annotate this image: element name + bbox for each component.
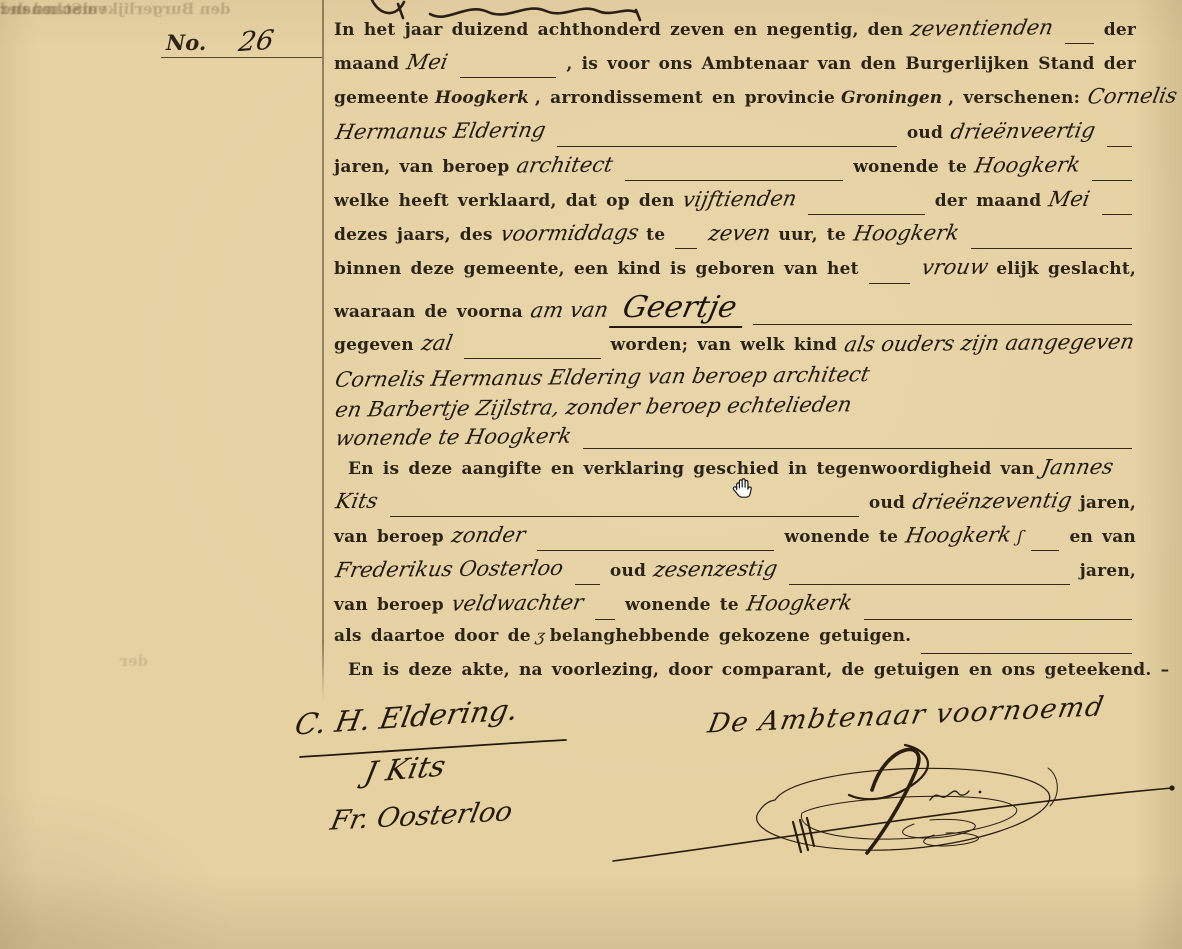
document-page: No. 26 der den Burgerlijken Stand der ve… xyxy=(0,0,1182,949)
registrar-flourish-signature xyxy=(0,0,1182,949)
hand-cursor-icon xyxy=(728,474,754,502)
